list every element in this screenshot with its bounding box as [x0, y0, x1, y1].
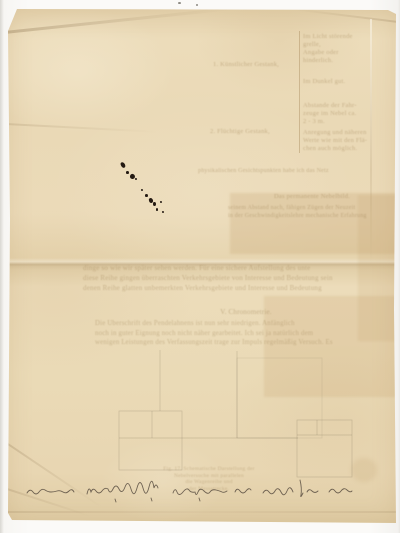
bleed-table-cell-2a: Abstande der Fahr- zeuge im Nebel ca. 2 … — [303, 102, 398, 126]
bleed-paragraph-2: dinge so wie wir später sehen werden. Fü… — [83, 263, 399, 293]
pencil-sketch — [108, 339, 368, 489]
crease-top-right — [294, 8, 400, 23]
tape-stain-upper-right — [230, 193, 397, 254]
bleed-table-cell-1a: Im Licht störende grelle, Angabe oder hi… — [303, 33, 395, 65]
ink-speck — [135, 178, 137, 180]
ink-speck — [156, 208, 158, 211]
ink-speck — [141, 189, 143, 191]
bleed-heading-2: V. Chronometrie. — [95, 308, 397, 316]
bleed-table-rule — [299, 31, 300, 153]
paper-sheet: 1. Künstlicher Gestank, Im Licht störend… — [8, 9, 396, 523]
handwritten-note — [23, 477, 358, 505]
ink-speck — [120, 161, 126, 168]
ink-speck — [126, 171, 129, 174]
ink-speck — [160, 201, 162, 203]
bleed-table-cell-1b: Im Dunkel gut. — [303, 78, 395, 86]
bleed-table-label-2: 2. Flüchtige Gestank, — [210, 128, 270, 136]
crease-mid-left — [8, 123, 158, 133]
bleed-table-cell-2b: Anregung und näheren Werte wie mit den F… — [303, 129, 398, 153]
crease-bottom-edge — [8, 511, 396, 513]
scanned-document: 1. Künstlicher Gestank, Im Licht störend… — [0, 0, 400, 533]
scanner-debris-speck — [178, 2, 181, 4]
crease-top-left — [4, 7, 233, 34]
ink-speck — [162, 211, 164, 213]
ink-speck — [145, 194, 148, 197]
bleed-mid-line: physikalischen Gesichtspunkten habe ich … — [198, 167, 396, 175]
bleed-table-label-1: 1. Künstlicher Gestank, — [213, 61, 279, 69]
scanner-debris-speck — [196, 4, 198, 6]
bleed-paragraph-1: seinem Abstand nach, fähigen Zügen der N… — [228, 205, 396, 220]
bleed-heading-1: Das permanente Nebelbild. — [228, 193, 396, 201]
ink-speck — [153, 202, 156, 206]
